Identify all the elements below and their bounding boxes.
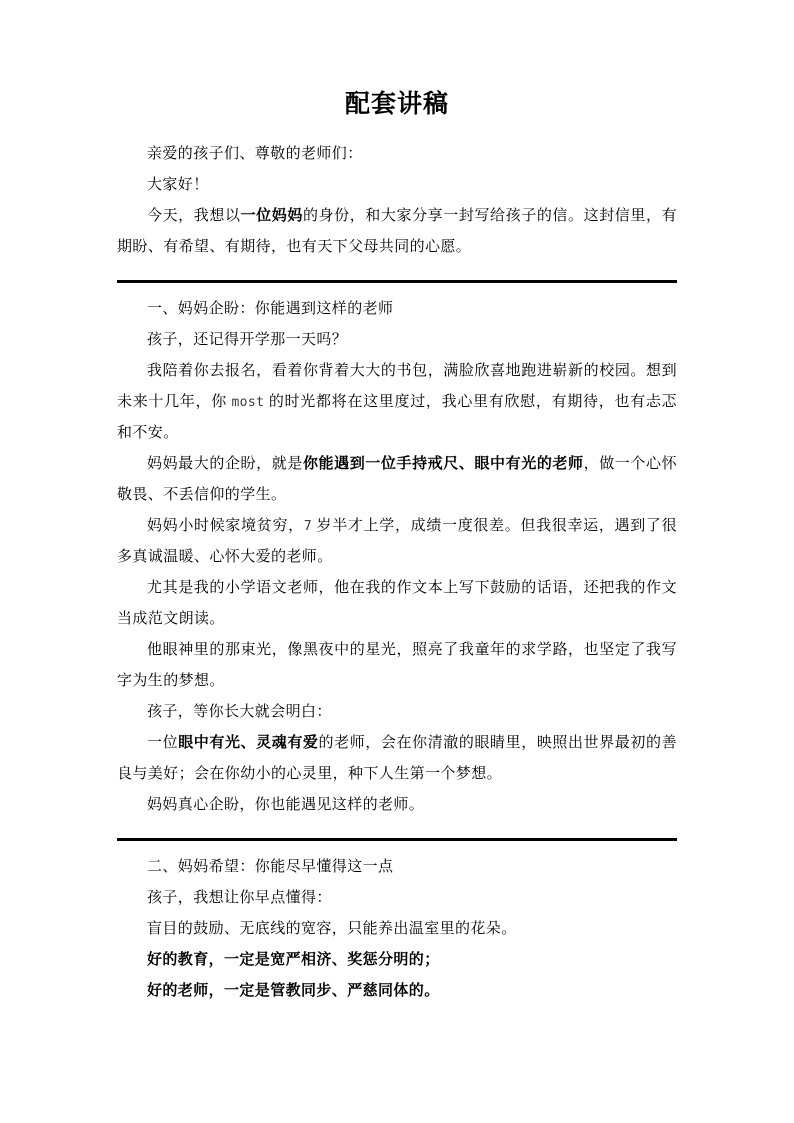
run-text: 他眼神里的那束光，像黑夜中的星光，照亮了我童年的求学路，也坚定了我写字为生的梦想…	[117, 642, 677, 689]
paragraph: 孩子，我想让你早点懂得：	[117, 883, 677, 914]
paragraph: 好的教育，一定是宽严相济、奖惩分明的；	[117, 945, 677, 976]
emphasis-text: 你能遇到一位手持戒尺、眼中有光的老师	[303, 456, 584, 472]
paragraph: 一、妈妈企盼：你能遇到这样的老师	[117, 294, 677, 325]
latin-text: most	[231, 395, 264, 410]
paragraph: 一位眼中有光、灵魂有爱的老师，会在你清澈的眼睛里，映照出世界最初的善良与美好；会…	[117, 728, 677, 790]
paragraph: 我陪着你去报名，看着你背着大大的书包，满脸欣喜地跑进崭新的校园。想到未来十几年，…	[117, 356, 677, 449]
run-text: 妈妈真心企盼，你也能遇见这样的老师。	[147, 797, 424, 813]
paragraph: 二、妈妈希望：你能尽早懂得这一点	[117, 852, 677, 883]
page-title: 配套讲稿	[117, 88, 677, 122]
paragraph: 他眼神里的那束光，像黑夜中的星光，照亮了我童年的求学路，也坚定了我写字为生的梦想…	[117, 635, 677, 697]
emphasis-text: 眼中有光、灵魂有爱	[178, 735, 318, 751]
run-text: 一、妈妈企盼：你能遇到这样的老师	[147, 301, 393, 317]
paragraph: 今天，我想以一位妈妈的身份，和大家分享一封写给孩子的信。这封信里，有期盼、有希望…	[117, 201, 677, 263]
emphasis-text: 好的教育，一定是宽严相济、奖惩分明的；	[147, 952, 440, 968]
document-body: 亲爱的孩子们、尊敬的老师们：大家好！今天，我想以一位妈妈的身份，和大家分享一封写…	[117, 139, 677, 1007]
run-text: 二、妈妈希望：你能尽早懂得这一点	[147, 859, 393, 875]
paragraph: 妈妈小时候家境贫穷，7 岁半才上学，成绩一度很差。但我很幸运，遇到了很多真诚温暖…	[117, 511, 677, 573]
section-divider	[117, 280, 677, 283]
paragraph: 孩子，等你长大就会明白：	[117, 697, 677, 728]
paragraph: 尤其是我的小学语文老师，他在我的作文本上写下鼓励的话语，还把我的作文当成范文朗读…	[117, 573, 677, 635]
emphasis-text: 一位妈妈	[241, 208, 303, 224]
run-text: 大家好！	[147, 177, 209, 193]
run-text: 亲爱的孩子们、尊敬的老师们：	[147, 146, 363, 162]
run-text: 孩子，还记得开学那一天吗？	[147, 332, 347, 348]
paragraph: 孩子，还记得开学那一天吗？	[117, 325, 677, 356]
run-text: 今天，我想以	[147, 208, 241, 224]
latin-text: 7	[304, 519, 312, 534]
run-text: 妈妈最大的企盼，就是	[147, 456, 303, 472]
paragraph: 妈妈真心企盼，你也能遇见这样的老师。	[117, 790, 677, 821]
run-text: 盲目的鼓励、无底线的宽容，只能养出温室里的花朵。	[147, 921, 517, 937]
paragraph: 亲爱的孩子们、尊敬的老师们：	[117, 139, 677, 170]
paragraph: 大家好！	[117, 170, 677, 201]
document-page: 配套讲稿 亲爱的孩子们、尊敬的老师们：大家好！今天，我想以一位妈妈的身份，和大家…	[0, 0, 794, 1123]
section-divider	[117, 838, 677, 841]
run-text: 妈妈小时候家境贫穷，	[147, 518, 304, 534]
paragraph: 盲目的鼓励、无底线的宽容，只能养出温室里的花朵。	[117, 914, 677, 945]
emphasis-text: 好的老师，一定是管教同步、严慈同体的。	[147, 983, 440, 999]
paragraph: 妈妈最大的企盼，就是你能遇到一位手持戒尺、眼中有光的老师，做一个心怀敬畏、不丢信…	[117, 449, 677, 511]
run-text: 一位	[147, 735, 178, 751]
run-text: 尤其是我的小学语文老师，他在我的作文本上写下鼓励的话语，还把我的作文当成范文朗读…	[117, 580, 677, 627]
run-text: 孩子，等你长大就会明白：	[147, 704, 332, 720]
paragraph: 好的老师，一定是管教同步、严慈同体的。	[117, 976, 677, 1007]
run-text: 孩子，我想让你早点懂得：	[147, 890, 332, 906]
